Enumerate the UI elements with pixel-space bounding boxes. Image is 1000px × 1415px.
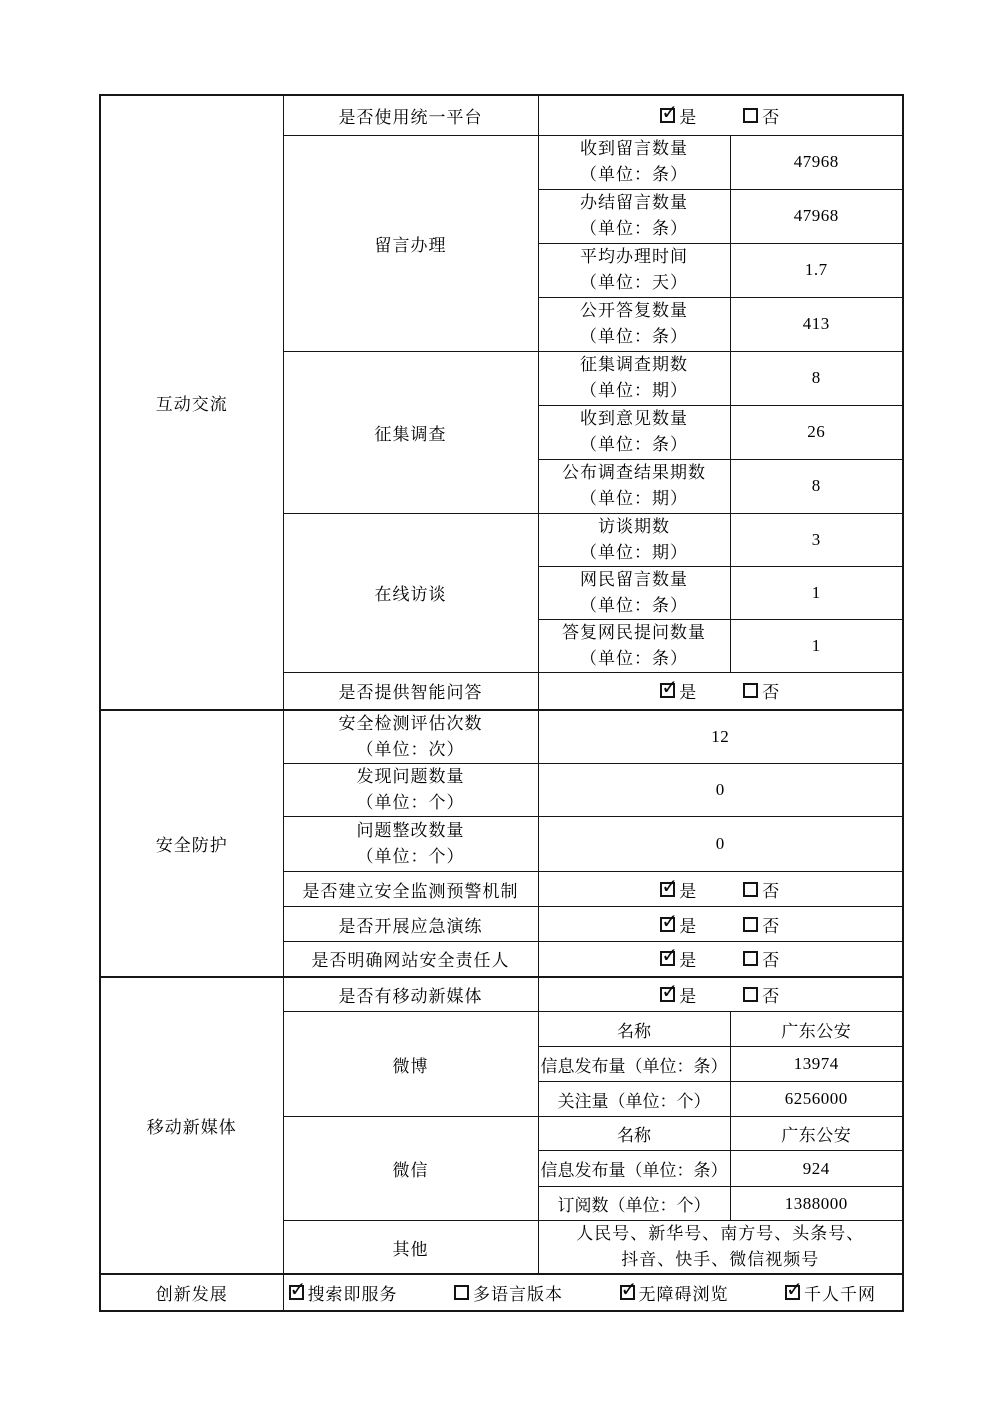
checkbox-no-icon: [743, 987, 758, 1002]
media-field-label: 名称: [538, 1117, 730, 1151]
table-row: 创新发展 搜索即服务 多语言版本 无障碍浏览: [100, 1274, 903, 1311]
metric-label-cell: 办结留言数量 （单位：条）: [538, 189, 730, 243]
media-field-label: 信息发布量（单位：条）: [538, 1151, 730, 1187]
checkbox-yes-icon: [660, 917, 675, 932]
metric-value: 1.7: [730, 243, 903, 297]
section-label-security: 安全防护: [100, 710, 283, 977]
metric-unit: （单位：天）: [539, 270, 730, 296]
metric-label-cell: 公开答复数量 （单位：条）: [538, 297, 730, 351]
option-no: 否: [743, 982, 780, 1007]
metric-label-cell: 平均办理时间 （单位：天）: [538, 243, 730, 297]
checkbox-no-icon: [743, 108, 758, 123]
checkbox-yes-icon: [660, 683, 675, 698]
has-media-label: 是否有移动新媒体: [283, 977, 538, 1012]
table-row: 互动交流 是否使用统一平台 是 否: [100, 95, 903, 135]
group-label-survey: 征集调查: [283, 351, 538, 513]
group-label-interview: 在线访谈: [283, 513, 538, 672]
metric-name: 征集调查期数: [539, 352, 730, 378]
yes-no-group: 是 否: [539, 103, 903, 128]
innovation-option-label: 无障碍浏览: [639, 1280, 729, 1305]
smart-qa-label: 是否提供智能问答: [283, 672, 538, 710]
yes-no-group: 是 否: [539, 877, 903, 902]
media-field-label: 关注量（单位：个）: [538, 1082, 730, 1117]
metric-name: 收到意见数量: [539, 406, 730, 432]
metric-name: 答复网民提问数量: [539, 620, 730, 646]
media-field-label: 名称: [538, 1012, 730, 1047]
innovation-option-label: 千人千网: [804, 1280, 876, 1305]
option-no-label: 否: [762, 946, 780, 971]
yes-no-group: 是 否: [539, 982, 903, 1007]
section-label-innovation: 创新发展: [100, 1274, 283, 1311]
option-no-label: 否: [762, 678, 780, 703]
metric-label-cell: 收到意见数量 （单位：条）: [538, 405, 730, 459]
metric-value: 1: [730, 619, 903, 672]
metric-value: 413: [730, 297, 903, 351]
metric-name: 网民留言数量: [539, 567, 730, 593]
metric-unit: （单位：条）: [539, 216, 730, 242]
option-yes: 是: [660, 982, 697, 1007]
option-no-label: 否: [762, 103, 780, 128]
metric-name: 访谈期数: [539, 514, 730, 540]
has-media-answer-cell: 是 否: [538, 977, 903, 1012]
metric-value: 47968: [730, 189, 903, 243]
metric-name: 公开答复数量: [539, 298, 730, 324]
option-no: 否: [743, 678, 780, 703]
option-no-label: 否: [762, 912, 780, 937]
metric-value: 47968: [730, 135, 903, 189]
metric-name: 安全检测评估次数: [284, 711, 538, 737]
section-label-interaction: 互动交流: [100, 95, 283, 710]
checkbox-search-service-icon: [289, 1285, 304, 1300]
yes-no-group: 是 否: [539, 678, 903, 703]
checkbox-no-icon: [743, 683, 758, 698]
media-field-value: 6256000: [730, 1082, 903, 1117]
metric-value: 8: [730, 351, 903, 405]
media-field-label: 订阅数（单位：个）: [538, 1187, 730, 1221]
metric-unit: （单位：期）: [539, 486, 730, 512]
innovation-option-accessibility: 无障碍浏览: [620, 1280, 729, 1305]
metric-label-cell: 征集调查期数 （单位：期）: [538, 351, 730, 405]
checkbox-yes-icon: [660, 987, 675, 1002]
media-field-value: 广东公安: [730, 1012, 903, 1047]
group-label-other-media: 其他: [283, 1221, 538, 1275]
innovation-options: 搜索即服务 多语言版本 无障碍浏览 千人千网: [284, 1280, 903, 1305]
yes-no-group: 是 否: [539, 912, 903, 937]
metric-name: 公布调查结果期数: [539, 460, 730, 486]
checkbox-yes-icon: [660, 882, 675, 897]
metric-value: 0: [538, 817, 903, 872]
metric-unit: （单位：个）: [284, 844, 538, 870]
metric-unit: （单位：条）: [539, 324, 730, 350]
media-field-value: 广东公安: [730, 1117, 903, 1151]
option-yes-label: 是: [679, 103, 697, 128]
metric-name: 收到留言数量: [539, 136, 730, 162]
metric-unit: （单位：期）: [539, 540, 730, 566]
security-question-label: 是否建立安全监测预警机制: [283, 872, 538, 907]
group-label-message-handling: 留言办理: [283, 135, 538, 351]
metric-value: 8: [730, 459, 903, 513]
metric-label-cell: 公布调查结果期数 （单位：期）: [538, 459, 730, 513]
other-media-list-cell: 人民号、新华号、南方号、头条号、 抖音、快手、微信视频号: [538, 1221, 903, 1275]
innovation-option-personalized: 千人千网: [785, 1280, 876, 1305]
metric-label-cell: 答复网民提问数量 （单位：条）: [538, 619, 730, 672]
option-yes: 是: [660, 678, 697, 703]
option-yes-label: 是: [679, 912, 697, 937]
metric-unit: （单位：条）: [539, 162, 730, 188]
group-label-wechat: 微信: [283, 1117, 538, 1221]
metric-label-cell: 网民留言数量 （单位：条）: [538, 566, 730, 619]
option-no-label: 否: [762, 877, 780, 902]
innovation-option-label: 多语言版本: [473, 1280, 563, 1305]
media-field-label: 信息发布量（单位：条）: [538, 1047, 730, 1082]
media-field-value: 1388000: [730, 1187, 903, 1221]
metric-unit: （单位：个）: [284, 790, 538, 816]
security-answer-cell: 是 否: [538, 872, 903, 907]
unified-platform-label: 是否使用统一平台: [283, 95, 538, 135]
option-yes-label: 是: [679, 877, 697, 902]
checkbox-yes-icon: [660, 108, 675, 123]
media-field-value: 13974: [730, 1047, 903, 1082]
metric-label-cell: 安全检测评估次数 （单位：次）: [283, 710, 538, 764]
option-no: 否: [743, 912, 780, 937]
option-no-label: 否: [762, 982, 780, 1007]
other-media-line2: 抖音、快手、微信视频号: [539, 1247, 903, 1273]
metric-label-cell: 发现问题数量 （单位：个）: [283, 764, 538, 817]
checkbox-multilingual-icon: [454, 1285, 469, 1300]
metric-value: 3: [730, 513, 903, 566]
innovation-option-label: 搜索即服务: [308, 1280, 398, 1305]
metric-name: 问题整改数量: [284, 818, 538, 844]
checkbox-accessibility-icon: [620, 1285, 635, 1300]
metric-unit: （单位：条）: [539, 646, 730, 672]
checkbox-no-icon: [743, 917, 758, 932]
option-yes: 是: [660, 103, 697, 128]
metric-value: 12: [538, 710, 903, 764]
metric-value: 0: [538, 764, 903, 817]
unified-platform-answer-cell: 是 否: [538, 95, 903, 135]
checkbox-no-icon: [743, 951, 758, 966]
group-label-weibo: 微博: [283, 1012, 538, 1117]
metric-value: 1: [730, 566, 903, 619]
metric-unit: （单位：条）: [539, 432, 730, 458]
metric-unit: （单位：次）: [284, 737, 538, 763]
option-yes: 是: [660, 912, 697, 937]
checkbox-yes-icon: [660, 951, 675, 966]
checkbox-no-icon: [743, 882, 758, 897]
checkbox-personalized-icon: [785, 1285, 800, 1300]
metric-unit: （单位：条）: [539, 593, 730, 619]
section-label-mobile-media: 移动新媒体: [100, 977, 283, 1275]
yes-no-group: 是 否: [539, 946, 903, 971]
security-answer-cell: 是 否: [538, 942, 903, 977]
metric-unit: （单位：期）: [539, 378, 730, 404]
option-yes: 是: [660, 946, 697, 971]
option-yes-label: 是: [679, 982, 697, 1007]
metric-label-cell: 访谈期数 （单位：期）: [538, 513, 730, 566]
innovation-option-search: 搜索即服务: [289, 1280, 398, 1305]
metric-name: 办结留言数量: [539, 190, 730, 216]
security-question-label: 是否明确网站安全责任人: [283, 942, 538, 977]
smart-qa-answer-cell: 是 否: [538, 672, 903, 710]
metric-name: 平均办理时间: [539, 244, 730, 270]
metric-name: 发现问题数量: [284, 764, 538, 790]
option-no: 否: [743, 946, 780, 971]
media-field-value: 924: [730, 1151, 903, 1187]
other-media-line1: 人民号、新华号、南方号、头条号、: [539, 1221, 903, 1247]
table-row: 安全防护 安全检测评估次数 （单位：次） 12: [100, 710, 903, 764]
metric-value: 26: [730, 405, 903, 459]
security-question-label: 是否开展应急演练: [283, 907, 538, 942]
innovation-items-cell: 搜索即服务 多语言版本 无障碍浏览 千人千网: [283, 1274, 903, 1311]
option-yes: 是: [660, 877, 697, 902]
report-page: 互动交流 是否使用统一平台 是 否 留言办理 收到留言数量: [0, 0, 1000, 1415]
metric-label-cell: 收到留言数量 （单位：条）: [538, 135, 730, 189]
option-yes-label: 是: [679, 678, 697, 703]
option-no: 否: [743, 103, 780, 128]
security-answer-cell: 是 否: [538, 907, 903, 942]
option-yes-label: 是: [679, 946, 697, 971]
option-no: 否: [743, 877, 780, 902]
annual-report-table: 互动交流 是否使用统一平台 是 否 留言办理 收到留言数量: [99, 94, 904, 1312]
table-row: 移动新媒体 是否有移动新媒体 是 否: [100, 977, 903, 1012]
metric-label-cell: 问题整改数量 （单位：个）: [283, 817, 538, 872]
innovation-option-multilingual: 多语言版本: [454, 1280, 563, 1305]
